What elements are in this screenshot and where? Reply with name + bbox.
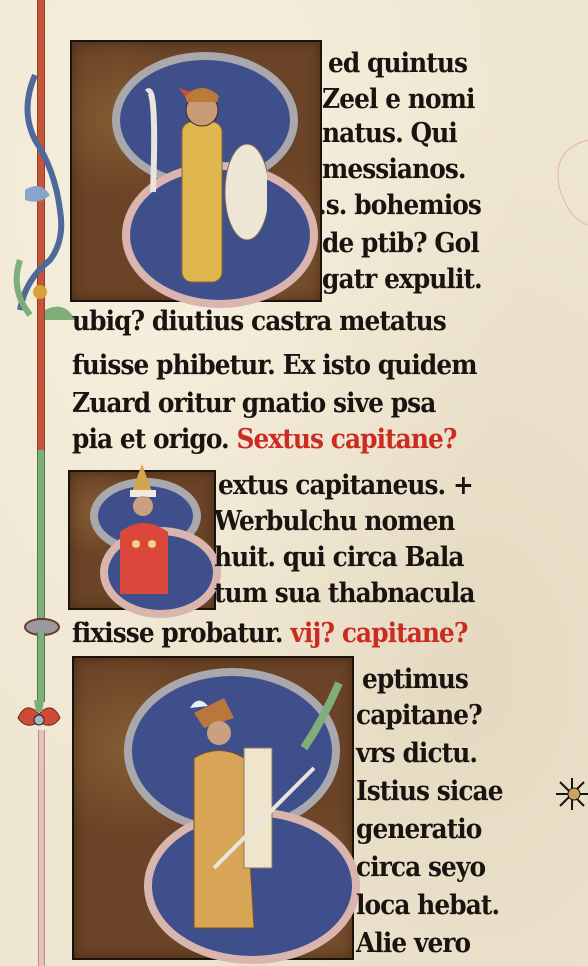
text-line: Zeel e nomi	[322, 84, 475, 115]
text-line: loca hebat.	[356, 890, 499, 921]
star-ornament-icon	[556, 778, 588, 810]
warrior-figure-icon	[127, 72, 267, 292]
text-fragment: pia et origo.	[72, 424, 229, 455]
text-line: extus capitaneus. +	[218, 470, 473, 501]
text-line: gatr expulit.	[322, 264, 482, 295]
text-line: circa seyo	[356, 852, 485, 883]
text-line: natus. Qui	[322, 118, 457, 149]
text-line: .s. bohemios	[318, 190, 481, 221]
text-line: de ptib? Gol	[322, 228, 479, 259]
text-line: Alie vero	[356, 928, 470, 959]
text-line: generatio	[356, 814, 481, 845]
text-fragment: fixisse probatur.	[72, 618, 283, 649]
text-line: Werbulchu nomen	[214, 506, 455, 537]
text-line: tum sua thabnacula	[214, 578, 475, 609]
text-line: ed quintus	[328, 48, 467, 79]
margin-rule-pink	[38, 730, 45, 966]
rubric-sextus-capitaneus: Sextus capitane?	[236, 424, 456, 455]
margin-rule-green-lower	[37, 632, 45, 702]
text-line: fixisse probatur. vij? capitane?	[72, 618, 468, 649]
illuminated-initial-1	[70, 40, 322, 302]
red-tunic-figure-icon	[110, 462, 180, 602]
text-line: messianos.	[322, 154, 466, 185]
text-line: Zuard oritur gnatio sive psa	[72, 388, 435, 419]
text-line: fuisse phibetur. Ex isto quidem	[72, 350, 477, 381]
text-line: capitane?	[356, 700, 482, 731]
text-line: pia et origo. Sextus capitane?	[72, 424, 457, 455]
margin-rule-green	[37, 450, 45, 630]
text-line: Istius sicae	[356, 776, 503, 807]
standing-figure-with-sword-icon	[164, 678, 344, 948]
text-line: ubiq? diutius castra metatus	[72, 306, 446, 337]
faint-sketch-icon	[540, 130, 588, 230]
rubric-vii-capitaneus: vij? capitane?	[290, 618, 467, 649]
text-line: eptimus	[362, 664, 468, 695]
illuminated-initial-3	[72, 656, 354, 960]
text-line: vrs dictu.	[356, 738, 477, 769]
text-line: huit. qui circa Bala	[214, 542, 464, 573]
illuminated-initial-2	[68, 470, 216, 610]
vine-ornament-icon	[5, 70, 75, 320]
